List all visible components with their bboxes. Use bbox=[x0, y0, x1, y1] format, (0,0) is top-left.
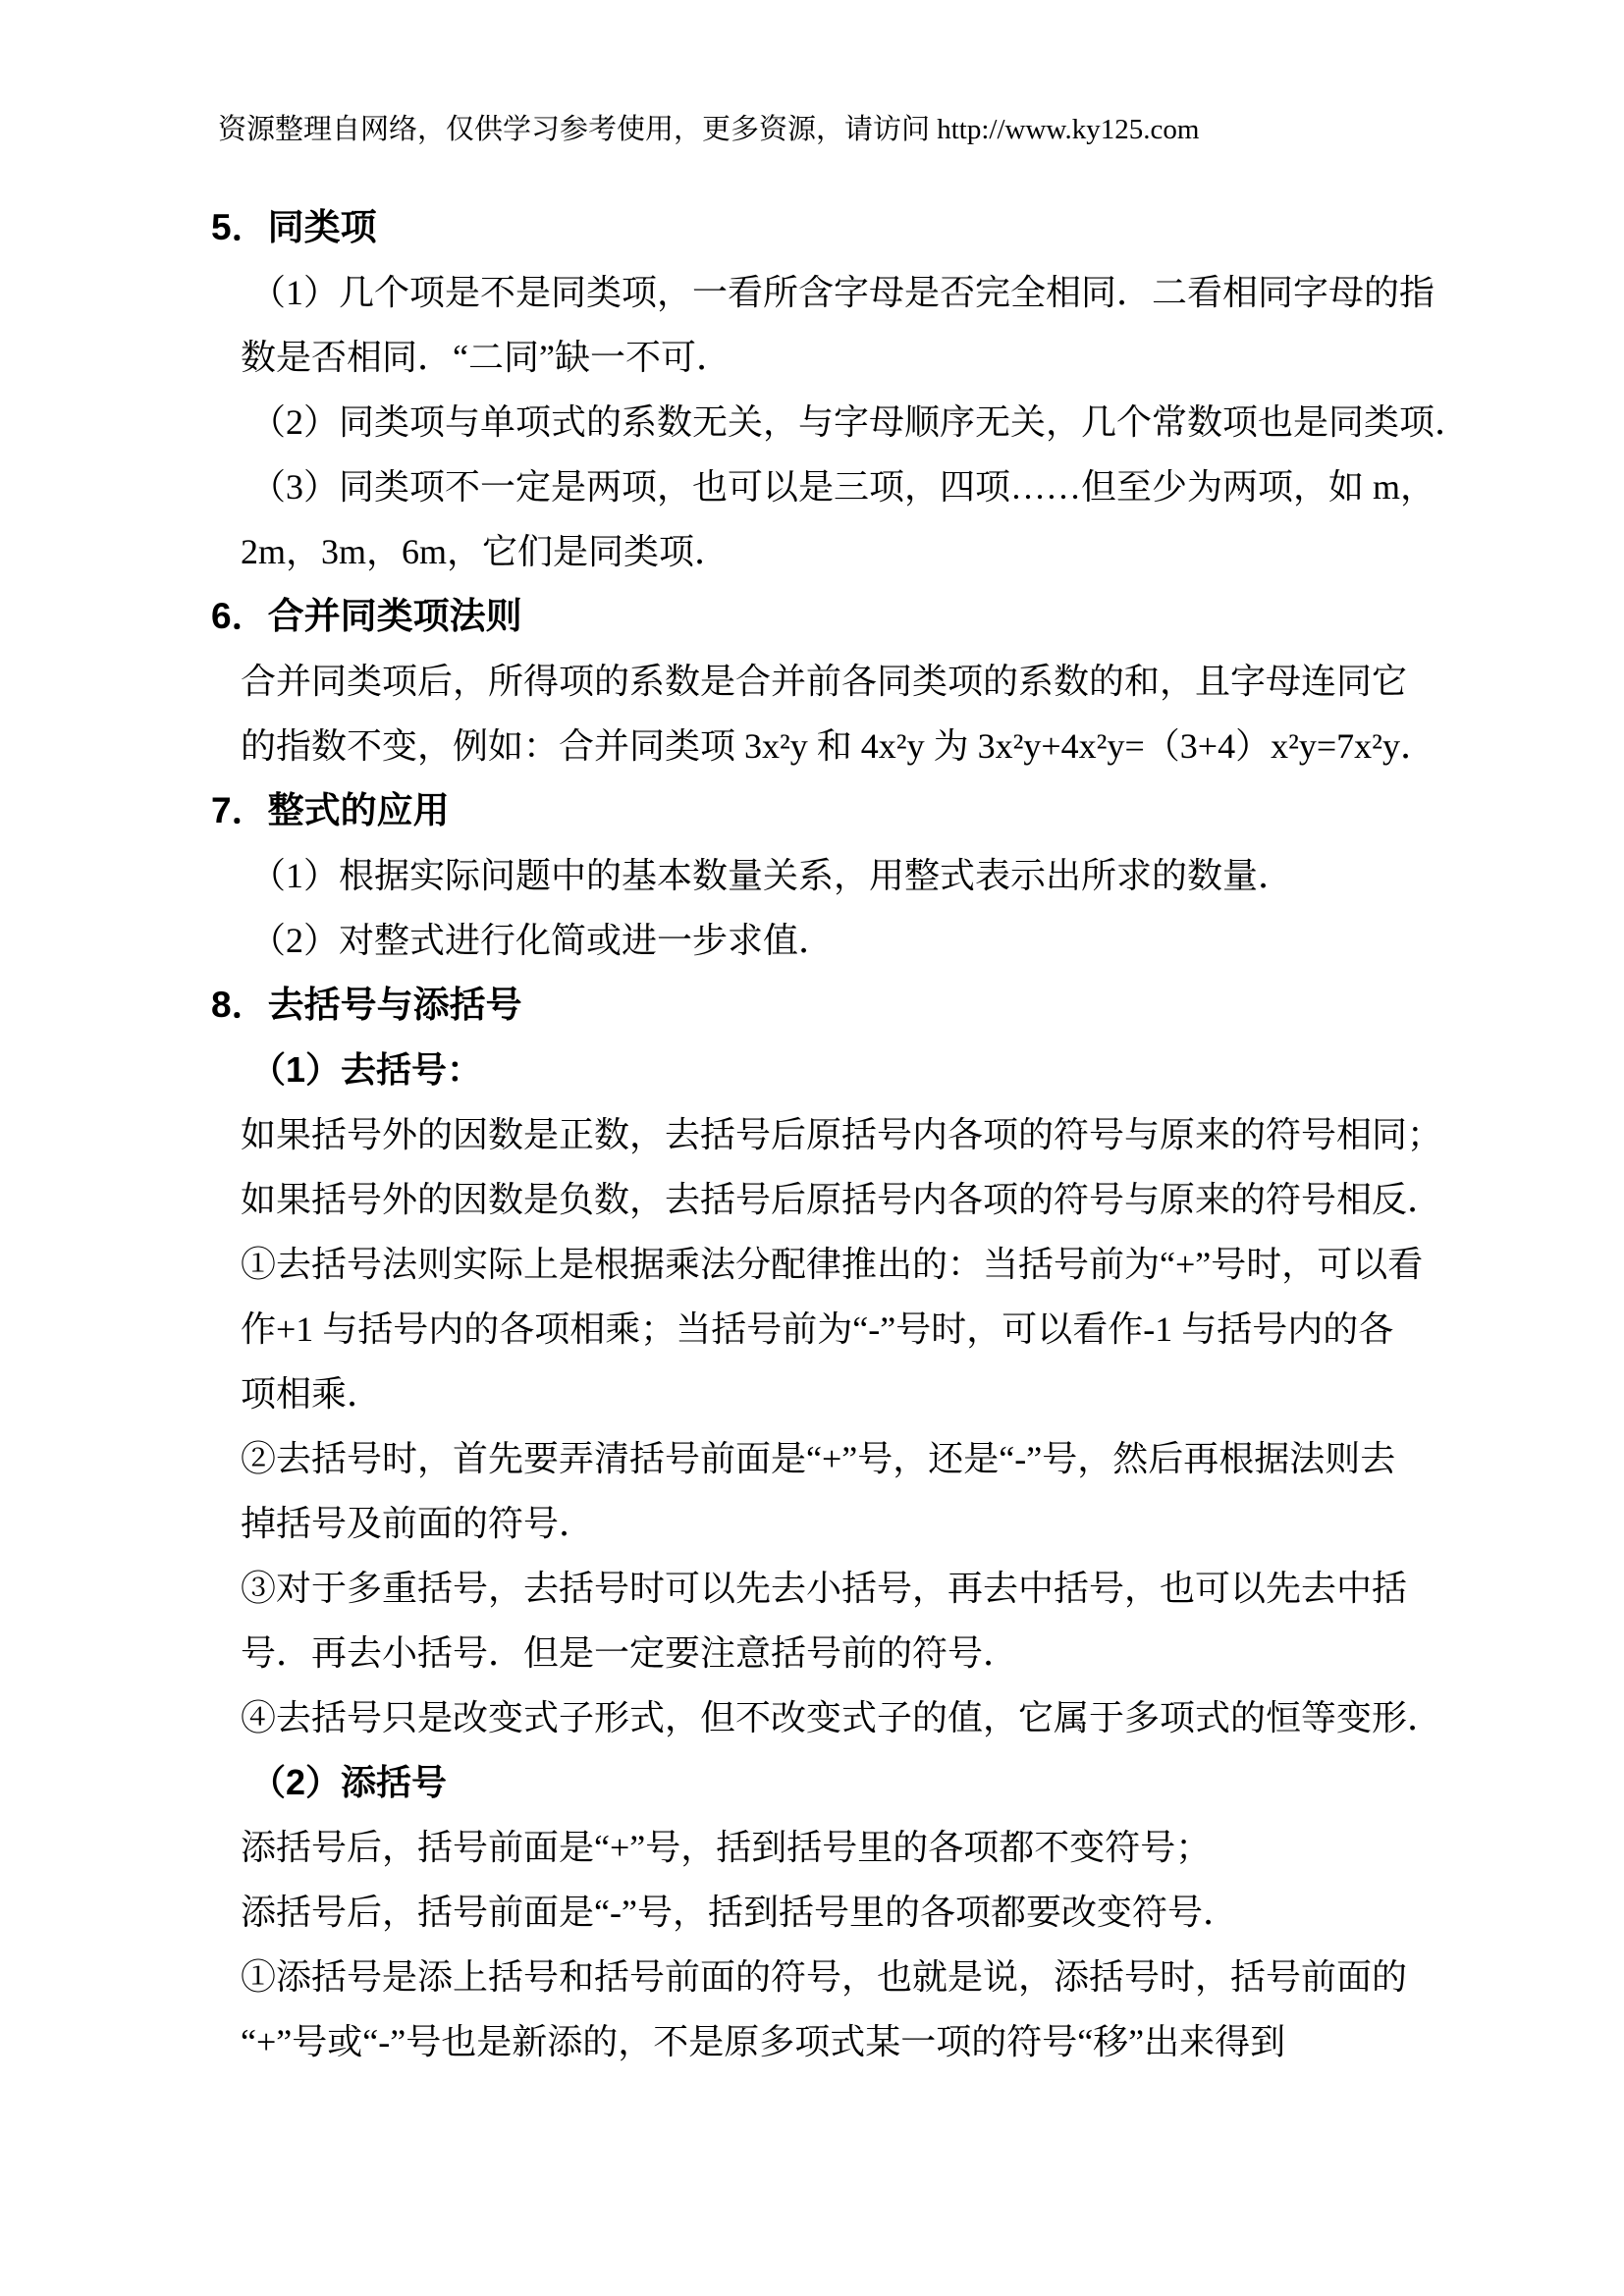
text-line: ④去括号只是改变式子形式，但不改变式子的值，它属于多项式的恒等变形． bbox=[167, 1685, 1565, 1750]
text-line: （1）几个项是不是同类项，一看所含字母是否完全相同．二看相同字母的指 bbox=[167, 260, 1565, 325]
text-line: 数是否相同．“二同”缺一不可． bbox=[167, 325, 1565, 390]
text-line: 项相乘． bbox=[167, 1362, 1565, 1426]
text-line: ②去括号时，首先要弄清括号前面是“+”号，还是“-”号，然后再根据法则去 bbox=[167, 1426, 1565, 1491]
text-line: ①添括号是添上括号和括号前面的符号，也就是说，添括号时，括号前面的 bbox=[167, 1945, 1565, 2009]
text-line: 的指数不变，例如：合并同类项 3x²y 和 4x²y 为 3x²y+4x²y=（… bbox=[167, 714, 1565, 778]
text-line: 如果括号外的因数是负数，去括号后原括号内各项的符号与原来的符号相反． bbox=[167, 1167, 1565, 1232]
document-content: 5．同类项（1）几个项是不是同类项，一看所含字母是否完全相同．二看相同字母的指数… bbox=[167, 195, 1565, 2074]
text-line: 掉括号及前面的符号． bbox=[167, 1491, 1565, 1556]
text-line: 2m，3m，6m，它们是同类项． bbox=[167, 519, 1565, 584]
text-line: 添括号后，括号前面是“-”号，括到括号里的各项都要改变符号． bbox=[167, 1880, 1565, 1945]
text-line: 作+1 与括号内的各项相乘；当括号前为“-”号时，可以看作-1 与括号内的各 bbox=[167, 1297, 1565, 1362]
section-heading: 5．同类项 bbox=[167, 195, 1565, 260]
subsection-heading: （2）添括号 bbox=[167, 1750, 1565, 1815]
text-line: （3）同类项不一定是两项，也可以是三项，四项……但至少为两项，如 m， bbox=[167, 454, 1565, 519]
section-heading: 8．去括号与添括号 bbox=[167, 973, 1565, 1038]
text-line: 号．再去小括号．但是一定要注意括号前的符号． bbox=[167, 1621, 1565, 1685]
text-line: （2）对整式进行化简或进一步求值． bbox=[167, 908, 1565, 973]
text-line: 如果括号外的因数是正数，去括号后原括号内各项的符号与原来的符号相同； bbox=[167, 1102, 1565, 1167]
text-line: （1）根据实际问题中的基本数量关系，用整式表示出所求的数量． bbox=[167, 843, 1565, 908]
text-line: 合并同类项后，所得项的系数是合并前各同类项的系数的和，且字母连同它 bbox=[167, 649, 1565, 714]
section-heading: 6．合并同类项法则 bbox=[167, 584, 1565, 649]
text-line: 添括号后，括号前面是“+”号，括到括号里的各项都不变符号； bbox=[167, 1815, 1565, 1880]
page-header-note: 资源整理自网络，仅供学习参考使用，更多资源，请访问 http://www.ky1… bbox=[218, 110, 1199, 149]
text-line: （2）同类项与单项式的系数无关，与字母顺序无关，几个常数项也是同类项． bbox=[167, 390, 1565, 454]
text-line: ①去括号法则实际上是根据乘法分配律推出的：当括号前为“+”号时，可以看 bbox=[167, 1232, 1565, 1297]
subsection-heading: （1）去括号： bbox=[167, 1038, 1565, 1102]
document-page: 资源整理自网络，仅供学习参考使用，更多资源，请访问 http://www.ky1… bbox=[0, 0, 1624, 2296]
section-heading: 7．整式的应用 bbox=[167, 778, 1565, 843]
text-line: ③对于多重括号，去括号时可以先去小括号，再去中括号，也可以先去中括 bbox=[167, 1556, 1565, 1621]
text-line: “+”号或“-”号也是新添的，不是原多项式某一项的符号“移”出来得到 bbox=[167, 2009, 1565, 2074]
